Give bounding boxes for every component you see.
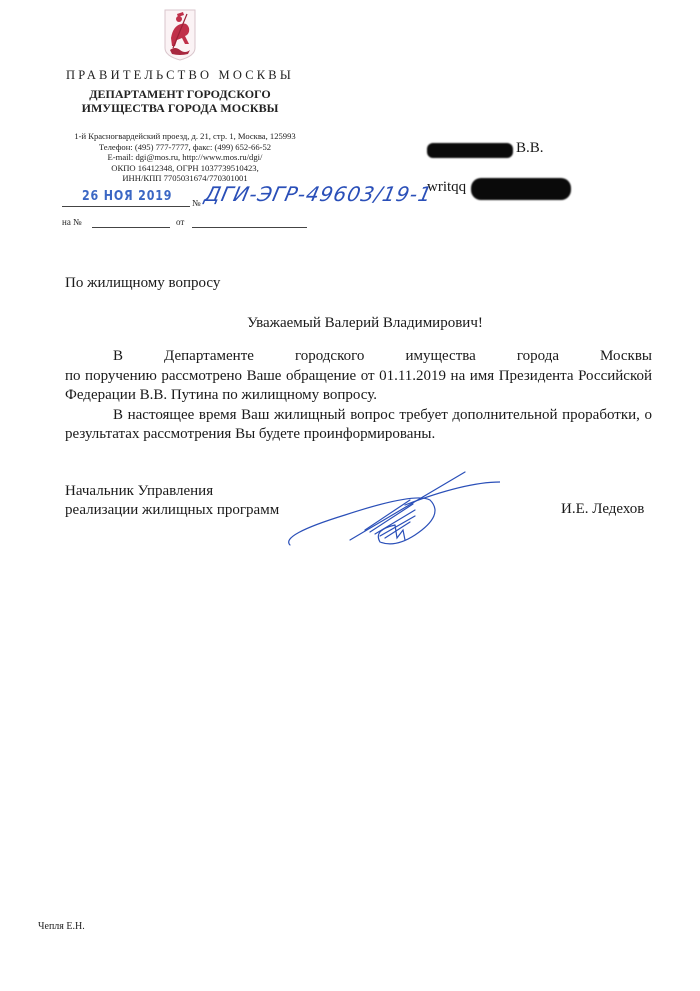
body-paragraph-2: В настоящее время Ваш жилищный вопрос тр… bbox=[65, 406, 652, 445]
body-paragraph-1-rest: по поручению рассмотрено Ваше обращение … bbox=[65, 367, 652, 406]
signatory-title: Начальник Управления реализации жилищных… bbox=[65, 482, 279, 520]
number-label: № bbox=[192, 198, 201, 208]
reply-number-label: на № bbox=[62, 217, 82, 227]
date-underline bbox=[62, 206, 190, 207]
department-name-line1: ДЕПАРТАМЕНТ ГОРОДСКОГО bbox=[60, 87, 300, 101]
signatory-title-line2: реализации жилищных программ bbox=[65, 501, 279, 520]
moscow-coat-of-arms-icon bbox=[163, 8, 197, 62]
letter-subject: По жилищному вопросу bbox=[65, 275, 220, 292]
department-name-line2: ИМУЩЕСТВА ГОРОДА МОСКВЫ bbox=[60, 101, 300, 115]
handwritten-signature-icon bbox=[285, 470, 500, 555]
signatory-name: И.Е. Ледехов bbox=[561, 501, 644, 518]
reply-date-field bbox=[192, 227, 307, 228]
reply-date-label: от bbox=[176, 217, 184, 227]
reply-number-field bbox=[92, 227, 170, 228]
body-paragraph-1-line1: В Департаменте городского имущества горо… bbox=[65, 347, 652, 367]
letter-body: В Департаменте городского имущества горо… bbox=[65, 347, 652, 445]
redacted-surname bbox=[427, 143, 513, 158]
recipient-email-prefix: writqq bbox=[427, 179, 466, 196]
department-contacts: 1-й Красногвардейский проезд, д. 21, стр… bbox=[55, 131, 315, 184]
greeting: Уважаемый Валерий Владимирович! bbox=[0, 315, 700, 332]
executor-name: Чепля Е.Н. bbox=[38, 921, 85, 932]
registration-number: ДГИ-ЭГР-49603/19-1 bbox=[202, 182, 434, 206]
email-line: E-mail: dgi@mos.ru, http://www.mos.ru/dg… bbox=[55, 152, 315, 163]
redacted-email bbox=[471, 178, 571, 200]
signatory-title-line1: Начальник Управления bbox=[65, 482, 279, 501]
registration-date-stamp: 26 НОЯ 2019 bbox=[82, 189, 172, 204]
recipient-initials: В.В. bbox=[516, 140, 544, 157]
government-title: ПРАВИТЕЛЬСТВО МОСКВЫ bbox=[60, 68, 300, 83]
department-name: ДЕПАРТАМЕНТ ГОРОДСКОГО ИМУЩЕСТВА ГОРОДА … bbox=[60, 87, 300, 115]
address-line: 1-й Красногвардейский проезд, д. 21, стр… bbox=[55, 131, 315, 142]
okpo-line: ОКПО 16412348, ОГРН 1037739510423, bbox=[55, 163, 315, 174]
phone-line: Телефон: (495) 777-7777, факс: (499) 652… bbox=[55, 142, 315, 153]
